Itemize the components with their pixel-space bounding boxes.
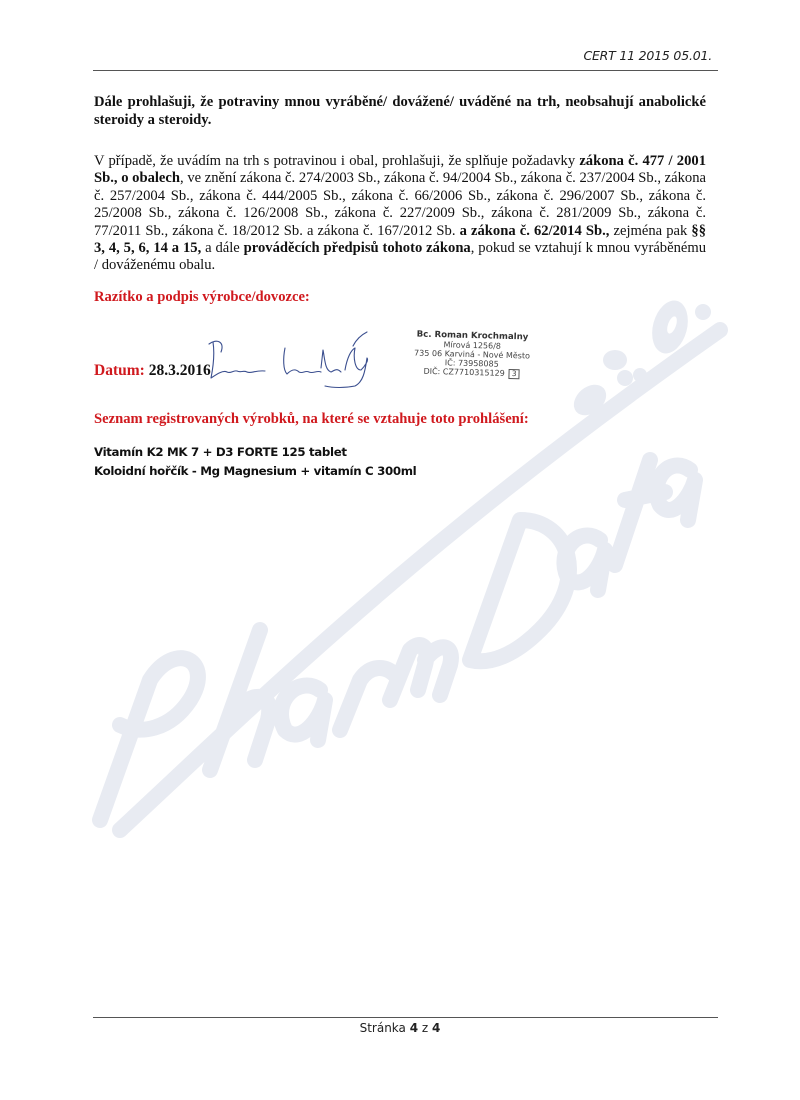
stamp-box-number: 3 bbox=[509, 369, 520, 379]
page-word: Stránka bbox=[360, 1021, 406, 1035]
total-pages: 4 bbox=[432, 1021, 440, 1035]
footer-rule bbox=[93, 1017, 718, 1018]
para-text: a dále bbox=[201, 240, 243, 256]
document-code: CERT 11 2015 05.01. bbox=[583, 48, 712, 63]
product-item: Vitamín K2 MK 7 + D3 FORTE 125 tablet bbox=[94, 443, 416, 462]
date-value: 28.3.2016 bbox=[149, 362, 211, 379]
law-reference-bold: a zákona č. 62/2014 Sb., bbox=[460, 223, 610, 239]
header-rule bbox=[93, 70, 718, 71]
company-stamp: Bc. Roman Krochmalny Mírová 1256/8 735 0… bbox=[401, 330, 542, 380]
document-page: CERT 11 2015 05.01. Dále prohlašuji, že … bbox=[0, 0, 800, 1100]
regulations-bold: prováděcích předpisů tohoto zákona bbox=[244, 240, 471, 256]
para-text: V případě, že uvádím na trh s potravinou… bbox=[94, 153, 579, 169]
steroid-declaration: Dále prohlašuji, že potraviny mnou vyráb… bbox=[94, 94, 706, 129]
product-list: Vitamín K2 MK 7 + D3 FORTE 125 tablet Ko… bbox=[94, 443, 416, 481]
product-list-heading: Seznam registrovaných výrobků, na které … bbox=[94, 411, 706, 428]
para-text: zejména pak bbox=[609, 223, 691, 239]
of-word: z bbox=[422, 1021, 428, 1035]
stamp-signature-label: Razítko a podpis výrobce/dovozce: bbox=[94, 289, 706, 306]
page-number: Stránka 4 z 4 bbox=[0, 1021, 800, 1035]
date-label: Datum: bbox=[94, 362, 145, 379]
packaging-declaration: V případě, že uvádím na trh s potravinou… bbox=[94, 153, 706, 275]
product-item: Koloidní hořčík - Mg Magnesium + vitamín… bbox=[94, 462, 416, 481]
handwritten-signature bbox=[205, 330, 385, 390]
date-line: Datum: 28.3.2016 bbox=[94, 362, 211, 380]
current-page: 4 bbox=[410, 1021, 418, 1035]
stamp-dic: DIČ: CZ7710315129 bbox=[423, 367, 505, 378]
